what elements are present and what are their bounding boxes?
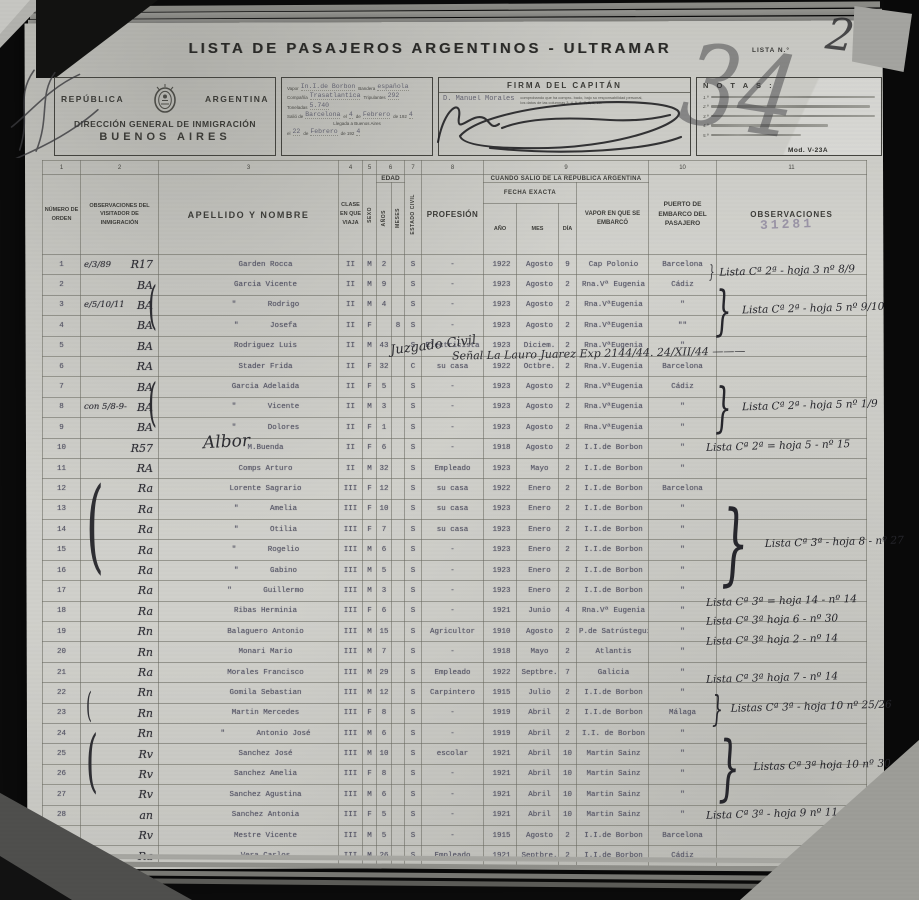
cell-clase: II (339, 458, 363, 478)
cell-anos: 6 (377, 785, 392, 805)
cell-prof: - (422, 540, 484, 560)
grouping-brace: ( (86, 475, 104, 577)
ship-line-vapor: Vapor In.I.de Borbon Bandera española (287, 83, 427, 91)
cell-estado: S (405, 540, 422, 560)
cell-anos: 32 (377, 458, 392, 478)
cell-mes: Agosto (517, 825, 559, 845)
cell-num: 12 (43, 479, 81, 499)
cell-vapor: I.I.de Borbon (577, 683, 649, 703)
cell-num: 2 (43, 275, 81, 295)
cell-meses (392, 397, 405, 417)
cell-sexo: F (363, 764, 377, 784)
cell-dia: 4 (559, 601, 577, 621)
cell-obs: Ra (81, 601, 159, 621)
cell-meses (392, 764, 405, 784)
cell-prof: escolar (422, 744, 484, 764)
cell-sexo: F (363, 418, 377, 438)
cell-clase: III (339, 520, 363, 540)
cell-dia: 2 (559, 458, 577, 478)
cell-obs: BA (81, 418, 159, 438)
cell-name: " Rogelio (159, 540, 339, 560)
cell-name: " Amelia (159, 499, 339, 519)
cell-vapor: Galicia (577, 662, 649, 682)
hw-visitador-annotation: con 5/8-9- (84, 402, 127, 412)
col-number: 6 (377, 161, 405, 175)
cell-vapor: Rna.VªEugenia (577, 316, 649, 336)
header-anos: AÑOS (377, 183, 392, 255)
col-number: 3 (159, 161, 339, 175)
cell-ano: 1921 (484, 805, 517, 825)
cell-clase: II (339, 397, 363, 417)
cell-sexo: F (363, 520, 377, 540)
cell-anos: 1 (377, 418, 392, 438)
coat-of-arms-icon (152, 83, 178, 115)
cell-ano: 1923 (484, 316, 517, 336)
cell-obs: Rn (81, 642, 159, 662)
cell-estado: S (405, 295, 422, 315)
cell-clase: III (339, 662, 363, 682)
cell-clase: III (339, 479, 363, 499)
grouping-brace: } (719, 499, 750, 589)
cell-estado: S (405, 418, 422, 438)
cell-name: Mestre Vicente (159, 825, 339, 845)
cell-puerto: " (649, 458, 717, 478)
llegada-label: Llegada a Buenos Aires (287, 121, 427, 126)
cell-sexo: F (363, 377, 377, 397)
hw-visitador-mark: Ra (138, 544, 153, 557)
cell-meses (392, 662, 405, 682)
cell-anos: 15 (377, 622, 392, 642)
cell-ano: 1923 (484, 275, 517, 295)
vapor-value: In.I.de Borbon (301, 83, 356, 91)
cell-mes: Abril (517, 744, 559, 764)
column-number-row: 1 2 3 4 5 6 7 8 9 10 11 (43, 161, 867, 175)
cell-vapor: I.I.de Borbon (577, 458, 649, 478)
cell-prof: - (422, 397, 484, 417)
cell-name: Monari Mario (159, 642, 339, 662)
cell-sexo: M (363, 825, 377, 845)
header-observaciones: OBSERVACIONES (717, 175, 867, 255)
cell-sexo: M (363, 642, 377, 662)
cell-clase: II (339, 418, 363, 438)
cell-ano: 1921 (484, 744, 517, 764)
captain-signature-icon (428, 90, 698, 156)
cell-ano: 1923 (484, 540, 517, 560)
hw-visitador-mark: Rv (139, 788, 154, 801)
cell-num: 10 (43, 438, 81, 458)
cell-num: 17 (43, 581, 81, 601)
cell-mes: Abril (517, 785, 559, 805)
passenger-row: 11RAComps ArturoIIM32SEmpleado1923Mayo2I… (43, 458, 867, 478)
cell-name: Garcia Vicente (159, 275, 339, 295)
header-mes: MES (517, 204, 559, 255)
cell-name: Sanchez Agustina (159, 785, 339, 805)
cell-obs: BA (81, 316, 159, 336)
cell-sexo: M (363, 275, 377, 295)
cell-dia: 2 (559, 520, 577, 540)
cell-clase: III (339, 764, 363, 784)
cell-ano: 1923 (484, 295, 517, 315)
cell-sexo: M (363, 662, 377, 682)
cell-prof: - (422, 255, 484, 275)
cell-meses (392, 825, 405, 845)
cell-obs: Rv (81, 825, 159, 845)
hw-visitador-mark: Ra (138, 666, 153, 679)
handwritten-margin-note: }Listas Cª 3ª - hoja 10 nº 25/26 (706, 685, 893, 729)
cell-mes: Agosto (517, 397, 559, 417)
cell-ano: 1921 (484, 601, 517, 621)
cell-mes: Enero (517, 479, 559, 499)
header-ano: AÑO (484, 204, 517, 255)
cell-meses (392, 560, 405, 580)
cell-vapor: I.I.de Borbon (577, 560, 649, 580)
cell-estado: S (405, 805, 422, 825)
hw-visitador-mark: Rv (139, 748, 154, 761)
cell-prof: - (422, 295, 484, 315)
cell-ano: 1923 (484, 377, 517, 397)
cell-anos: 29 (377, 662, 392, 682)
bandera-label: Bandera (358, 86, 375, 91)
cell-mes: Abril (517, 764, 559, 784)
grouping-brace: } (714, 381, 732, 435)
hw-visitador-mark: Ra (138, 503, 153, 516)
cell-clase: III (339, 703, 363, 723)
cell-sexo: M (363, 581, 377, 601)
cell-prof: - (422, 805, 484, 825)
cell-anos: 12 (377, 683, 392, 703)
cell-anos: 3 (377, 397, 392, 417)
cell-num: 20 (43, 642, 81, 662)
cell-name: Lorente Sagrario (159, 479, 339, 499)
cell-sexo: F (363, 703, 377, 723)
margin-note-text: Lista Cª 3ª = hoja 14 - nº 14 (706, 593, 857, 609)
cell-sexo: M (363, 295, 377, 315)
cell-ano: 1921 (484, 785, 517, 805)
header-fecha-exacta: FECHA EXACTA (484, 183, 577, 204)
cell-name: Garden Rocca (159, 255, 339, 275)
llegada-anio-value: 4 (356, 128, 360, 136)
cell-clase: III (339, 785, 363, 805)
cell-meses (392, 377, 405, 397)
cell-num: 19 (43, 622, 81, 642)
ship-line-compania: Compañía Trasatlantica Tripulantes 292 (287, 92, 427, 100)
cell-prof: Empleado (422, 458, 484, 478)
cell-obs: BA (81, 275, 159, 295)
col-number: 2 (81, 161, 159, 175)
cell-meses (392, 723, 405, 743)
cell-name: Rodriguez Luis (159, 336, 339, 356)
cell-vapor: Rna.VªEugenia (577, 295, 649, 315)
form-model-label: Mod. V-23A (788, 147, 828, 154)
number-stamp: 31281 (760, 216, 815, 233)
cell-clase: III (339, 744, 363, 764)
cell-mes: Mayo (517, 642, 559, 662)
llegada-el-label: el (287, 131, 291, 136)
cell-vapor: Atlantis (577, 642, 649, 662)
cell-meses (392, 499, 405, 519)
cell-prof: su casa (422, 520, 484, 540)
passenger-row: 29RvMestre VicenteIIIM5S-1915Agosto2I.I.… (43, 825, 867, 845)
cell-ano: 1923 (484, 581, 517, 601)
cell-meses (392, 295, 405, 315)
toneladas-value: 5.740 (310, 102, 330, 110)
hw-visitador-mark: BA (137, 340, 153, 353)
handwritten-margin-note: Lista Cª 3ª hoja 2 - nº 14 (706, 628, 839, 651)
margin-note-text: Lista Cª 2ª - hoja 5 nº 9/10 (742, 301, 885, 317)
cell-sexo: M (363, 540, 377, 560)
cell-prof: Agricultor (422, 622, 484, 642)
header-apellido: APELLIDO Y NOMBRE (159, 175, 339, 255)
margin-note-text: Lista Cª 3ª hoja 2 - nº 14 (706, 632, 838, 647)
cell-estado: S (405, 622, 422, 642)
header-num: NÚMERO DE ORDEN (43, 175, 81, 255)
salio-label: Salió de (287, 114, 303, 119)
cell-vapor: Rna.Vª Eugenia (577, 275, 649, 295)
col-number: 10 (649, 161, 717, 175)
cell-obs: con 5/8-9-BA (81, 397, 159, 417)
cell-obs: Rn (81, 622, 159, 642)
grouping-brace: ( (148, 378, 157, 429)
cell-mes: Agosto (517, 295, 559, 315)
cell-meses (392, 418, 405, 438)
cell-name: Gomila Sebastian (159, 683, 339, 703)
cell-prof: Carpintero (422, 683, 484, 703)
cell-estado: S (405, 785, 422, 805)
hw-visitador-mark: RA (137, 462, 153, 475)
cell-sexo: M (363, 458, 377, 478)
handwritten-name-correction: Albor (203, 431, 251, 453)
de-label: de (356, 114, 361, 119)
cell-mes: Agosto (517, 438, 559, 458)
cell-anos: 6 (377, 601, 392, 621)
cell-ano: 1919 (484, 703, 517, 723)
ship-line-llegada: el 22 de Febrero de 192 4 (287, 128, 427, 136)
cell-name: Garcia Adelaida (159, 377, 339, 397)
cell-sexo: M (363, 744, 377, 764)
cell-num: 8 (43, 397, 81, 417)
cell-name: " Guillermo (159, 581, 339, 601)
cell-dia: 2 (559, 479, 577, 499)
cell-ano: 1918 (484, 438, 517, 458)
cell-num: 1 (43, 255, 81, 275)
hw-visitador-annotation: e/5/10/11 (84, 300, 125, 310)
cell-meses (392, 255, 405, 275)
header-dia: DÍA (559, 204, 577, 255)
llegada-de-label: de (303, 131, 308, 136)
llegada-mes-value: Febrero (310, 128, 337, 136)
cell-dia: 2 (559, 683, 577, 703)
cell-obs: an (81, 805, 159, 825)
margin-note-text: Lista Cª 3ª hoja 6 - nº 30 (706, 612, 838, 627)
cell-num: 9 (43, 418, 81, 438)
cell-sexo: M (363, 683, 377, 703)
cell-dia: 10 (559, 744, 577, 764)
hw-visitador-mark: Rn (138, 727, 153, 740)
handwritten-margin-note: Lista Cª 3ª - hoja 9 nº 11 (706, 802, 839, 825)
cell-prof: - (422, 764, 484, 784)
cell-estado: S (405, 764, 422, 784)
cell-obs: R57 (81, 438, 159, 458)
cell-clase: II (339, 316, 363, 336)
cell-estado: S (405, 479, 422, 499)
cell-ano: 1923 (484, 458, 517, 478)
grouping-brace: } (714, 284, 732, 338)
cell-ano: 1923 (484, 520, 517, 540)
cell-vapor: Martin Sainz (577, 764, 649, 784)
cell-clase: III (339, 642, 363, 662)
cell-anos: 5 (377, 377, 392, 397)
margin-note-text: Listas Cª 3ª - hoja 10 nº 25/26 (731, 699, 892, 715)
hw-visitador-mark: Ra (138, 584, 153, 597)
cell-mes: Enero (517, 560, 559, 580)
cell-sexo: F (363, 601, 377, 621)
cell-dia: 2 (559, 499, 577, 519)
margin-note-text: Lista Cª 3ª - hoja 8 - nº 27 (765, 534, 904, 550)
cell-estado: S (405, 723, 422, 743)
cell-sexo: M (363, 622, 377, 642)
cell-name: " Rodrigo (159, 295, 339, 315)
salio-puerto-value: Barcelona (305, 111, 340, 119)
cell-meses (392, 438, 405, 458)
col-number: 5 (363, 161, 377, 175)
col-number: 11 (717, 161, 867, 175)
cell-estado: S (405, 377, 422, 397)
cell-num: 15 (43, 540, 81, 560)
cell-meses (392, 642, 405, 662)
ship-line-salida: Salió de Barcelona el 4 de Febrero de 19… (287, 111, 427, 119)
cell-meses (392, 275, 405, 295)
cell-dia: 2 (559, 642, 577, 662)
grouping-brace: ( (86, 689, 92, 723)
cell-puerto: Barcelona (649, 356, 717, 376)
cell-estado: S (405, 255, 422, 275)
hw-visitador-mark: Rn (138, 646, 153, 659)
cell-vapor: Rna.VªEugenia (577, 418, 649, 438)
cell-name: " Josefa (159, 316, 339, 336)
cell-name: " Antonio José (159, 723, 339, 743)
grouping-brace: } (711, 691, 723, 727)
cell-anos: 32 (377, 356, 392, 376)
hw-visitador-mark: Ra (138, 564, 153, 577)
cell-anos: 5 (377, 560, 392, 580)
cell-vapor: Martin Sainz (577, 785, 649, 805)
cell-name: Sanchez José (159, 744, 339, 764)
cell-num: 24 (43, 723, 81, 743)
cell-vapor: I.I.de Borbon (577, 703, 649, 723)
handwritten-margin-note: }Lista Cª 3ª - hoja 8 - nº 27 (705, 491, 905, 593)
cell-vapor: P.de Satrústegui (577, 622, 649, 642)
cell-anos: 10 (377, 744, 392, 764)
cell-clase: II (339, 295, 363, 315)
cell-num: 25 (43, 744, 81, 764)
cell-vapor: I.I.de Borbon (577, 540, 649, 560)
cell-dia: 7 (559, 662, 577, 682)
cell-meses (392, 744, 405, 764)
hw-visitador-mark: Ra (138, 482, 153, 495)
cell-name: " Vicente (159, 397, 339, 417)
cell-sexo: M (363, 785, 377, 805)
margin-note-text: Listas Cª 3ª hoja 10 nº 30 (753, 757, 891, 773)
cell-num: 18 (43, 601, 81, 621)
col-number: 7 (405, 161, 422, 175)
salio-anio-value: 4 (409, 111, 413, 119)
hw-visitador-mark: R17 (131, 258, 153, 271)
header-profesion: PROFESIÓN (422, 175, 484, 255)
cell-estado: S (405, 499, 422, 519)
cell-sexo: F (363, 356, 377, 376)
cell-sexo: M (363, 397, 377, 417)
cell-name: Balaguero Antonio (159, 622, 339, 642)
cell-mes: Agosto (517, 418, 559, 438)
toneladas-label: Toneladas (287, 105, 308, 110)
argentina-label: ARGENTINA (205, 94, 269, 104)
header-vapor: VAPOR EN QUE SE EMBARCÓ (577, 183, 649, 255)
cell-clase: III (339, 499, 363, 519)
cell-mes: Agosto (517, 255, 559, 275)
cell-dia: 2 (559, 295, 577, 315)
cell-ano: 1915 (484, 825, 517, 845)
cell-estado: S (405, 744, 422, 764)
vapor-label: Vapor (287, 86, 299, 91)
hw-visitador-annotation: e/3/89 (84, 260, 111, 270)
cell-estado: S (405, 703, 422, 723)
cell-prof: - (422, 703, 484, 723)
compania-label: Compañía (287, 95, 308, 100)
cell-dia: 2 (559, 560, 577, 580)
ship-info-box: Vapor In.I.de Borbon Bandera española Co… (281, 77, 433, 156)
cell-sexo: F (363, 805, 377, 825)
cell-prof: su casa (422, 479, 484, 499)
cell-ano: 1923 (484, 499, 517, 519)
cell-clase: II (339, 275, 363, 295)
cell-estado: S (405, 275, 422, 295)
cell-prof: - (422, 438, 484, 458)
cell-num: 7 (43, 377, 81, 397)
cell-clase: III (339, 540, 363, 560)
cell-dia: 2 (559, 397, 577, 417)
cell-estado: S (405, 458, 422, 478)
cell-anos: 3 (377, 581, 392, 601)
cell-estado: S (405, 683, 422, 703)
cell-clase: III (339, 601, 363, 621)
cell-prof: - (422, 723, 484, 743)
salio-dia-value: 4 (349, 111, 353, 119)
cell-num: 5 (43, 336, 81, 356)
cell-name: Sanchez Antonia (159, 805, 339, 825)
cell-ano: 1922 (484, 662, 517, 682)
scanned-passenger-list-photo: LISTA DE PASAJEROS ARGENTINOS - ULTRAMAR… (0, 0, 919, 900)
cell-obs: e/5/10/11BA (81, 295, 159, 315)
cell-clase: II (339, 356, 363, 376)
cell-clase: III (339, 560, 363, 580)
cell-mes: Agosto (517, 275, 559, 295)
tripulantes-value: 292 (388, 92, 400, 100)
cell-ano: 1923 (484, 560, 517, 580)
cell-anos: 7 (377, 520, 392, 540)
cell-mes: Agosto (517, 622, 559, 642)
llegada-de192-label: de 192 (341, 131, 355, 136)
cell-clase: III (339, 723, 363, 743)
cell-dia: 9 (559, 255, 577, 275)
cell-puerto: Cádiz (649, 846, 717, 866)
cell-clase: II (339, 377, 363, 397)
cell-num: 22 (43, 683, 81, 703)
cell-vapor: Rna.VªEugenia (577, 377, 649, 397)
hw-visitador-mark: RA (137, 360, 153, 373)
cell-vapor: I.I.de Borbon (577, 479, 649, 499)
cell-meses (392, 703, 405, 723)
cell-num: 14 (43, 520, 81, 540)
